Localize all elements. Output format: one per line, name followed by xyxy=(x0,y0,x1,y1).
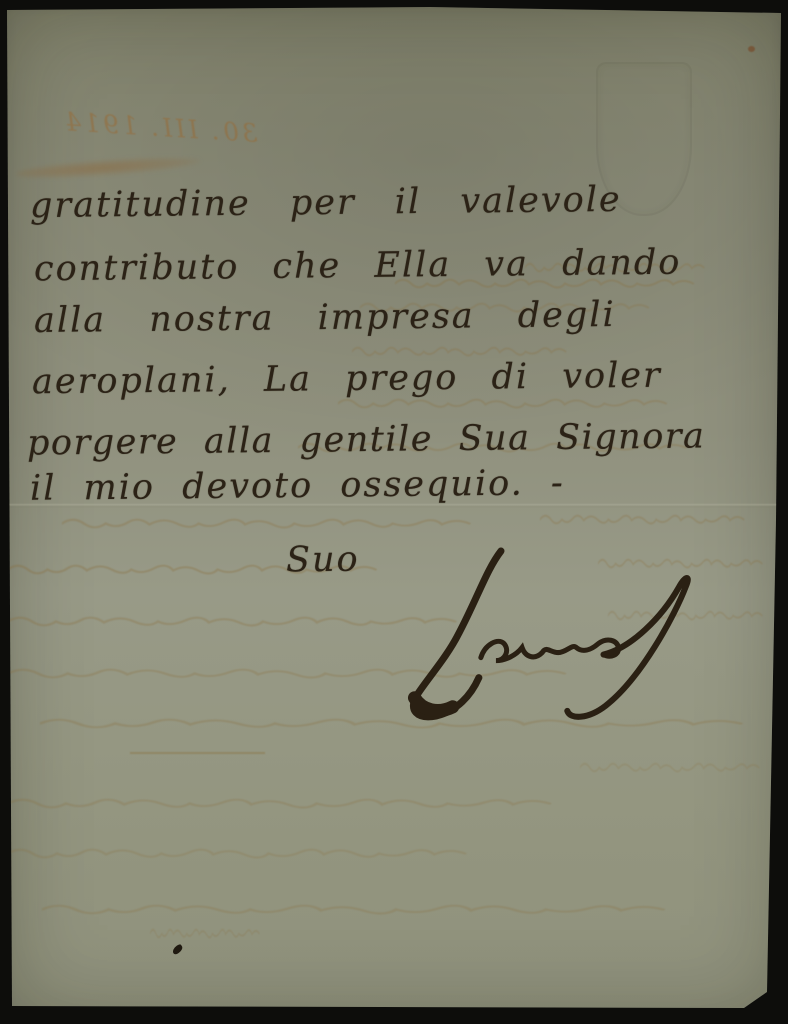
signature xyxy=(318,546,700,734)
bleed-through-date: 30. III. 1914 xyxy=(27,105,258,148)
ghost-underline xyxy=(130,752,265,754)
letter-line-5: porgere alla gentile Sua Signora xyxy=(27,416,706,463)
letter-scan: 30. III. 1914 gratitudine per il valevol… xyxy=(0,0,788,1024)
ghost-writing-line xyxy=(150,926,260,941)
letter-line-1: gratitudine per il valevole xyxy=(30,180,622,226)
ghost-writing-line xyxy=(8,796,553,811)
letter-page: 30. III. 1914 gratitudine per il valevol… xyxy=(0,0,788,1024)
ghost-writing-line xyxy=(42,902,667,917)
ink-speck xyxy=(171,943,184,955)
ink-smudge xyxy=(16,154,202,182)
letter-line-3: alla nostra impresa degli xyxy=(34,295,616,341)
paper-stain-dot xyxy=(748,46,755,52)
letter-line-2: contributo che Ella va dando xyxy=(34,243,682,290)
letter-line-6: il mio devoto ossequio. - xyxy=(30,463,565,509)
ghost-writing-line xyxy=(540,512,745,527)
ghost-writing-line xyxy=(62,516,472,531)
letter-line-4: aeroplani, La prego di voler xyxy=(32,356,662,403)
ghost-writing-line xyxy=(580,760,760,775)
ghost-writing-line xyxy=(8,846,468,861)
